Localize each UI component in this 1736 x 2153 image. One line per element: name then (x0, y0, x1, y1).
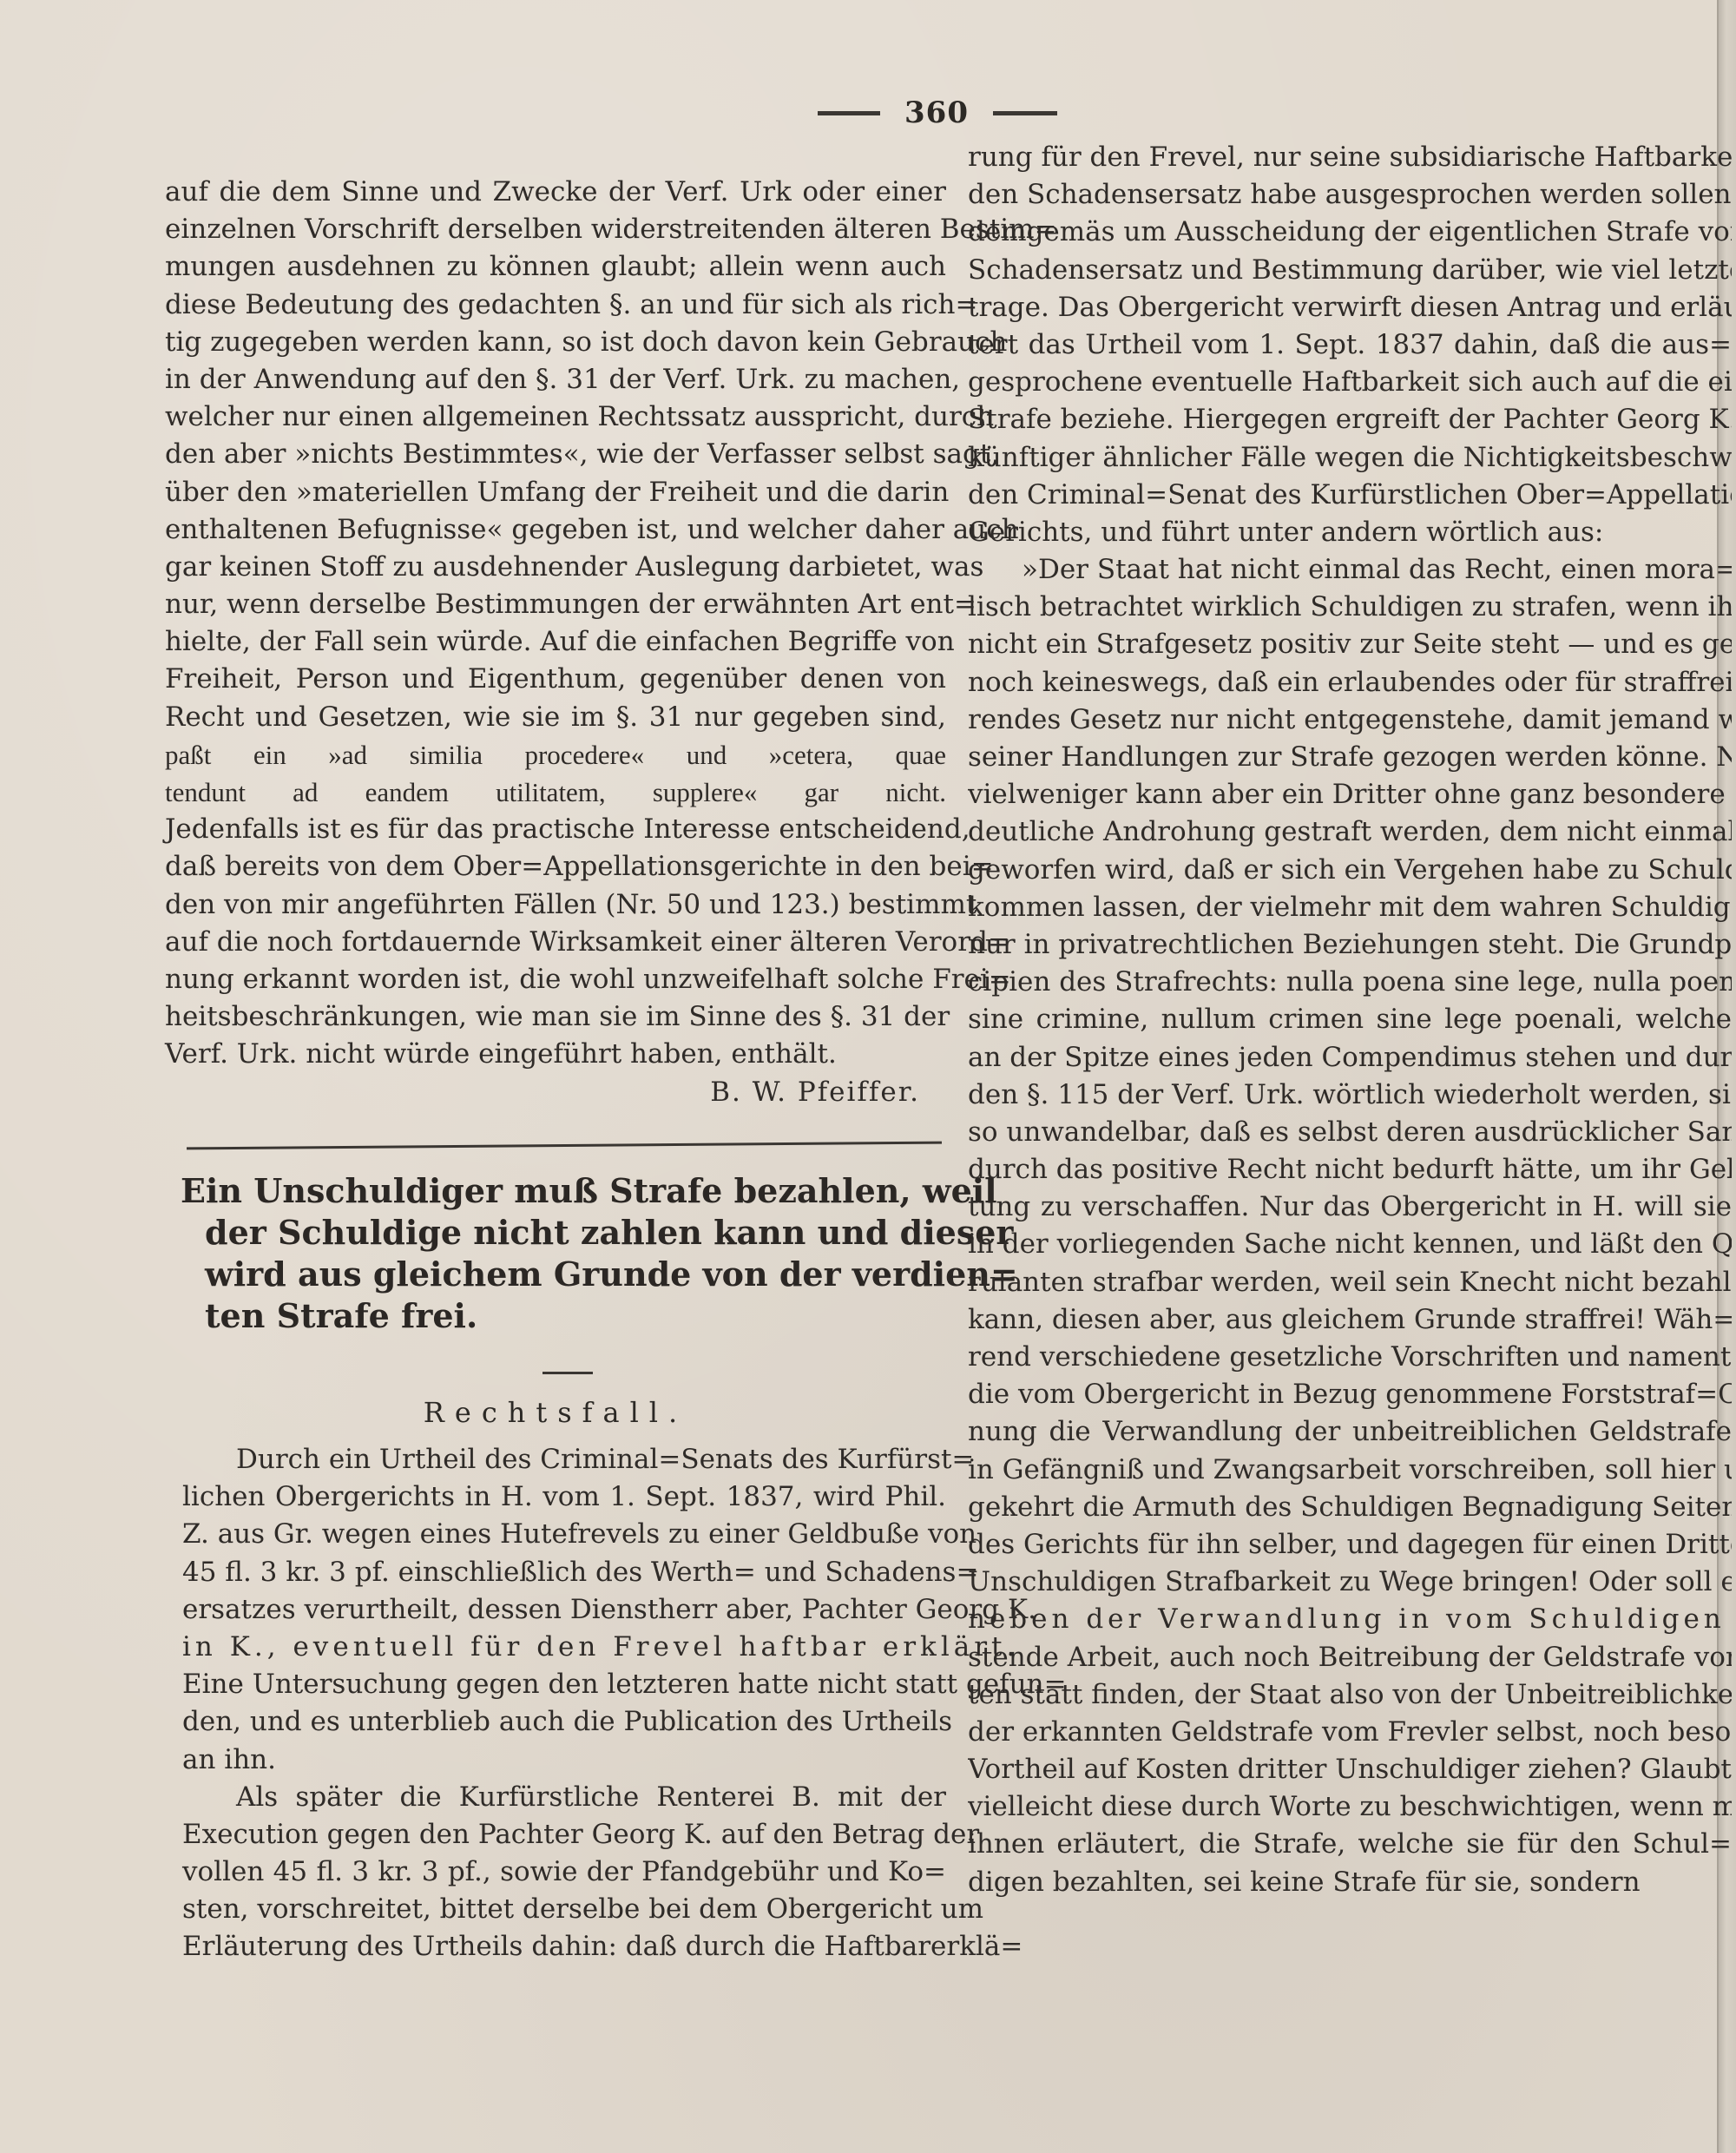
text-line: an der Spitze eines jeden Compendimus st… (968, 1039, 1732, 1076)
text-line: Durch ein Urtheil des Criminal=Senats de… (182, 1441, 946, 1478)
text-line: digen bezahlten, sei keine Strafe für si… (968, 1864, 1732, 1901)
text-line: so unwandelbar, daß es selbst deren ausd… (968, 1114, 1732, 1151)
text-line: Schadensersatz und Bestimmung darüber, w… (968, 252, 1732, 289)
text-line: in der Anwendung auf den §. 31 der Verf.… (165, 361, 946, 398)
scanned-page: 360 auf die dem Sinne und Zwecke der Ver… (0, 0, 1736, 2153)
title-separator-rule (542, 1372, 593, 1374)
text-line: Erläuterung des Urtheils dahin: daß durc… (182, 1928, 946, 1965)
text-line: Unschuldigen Strafbarkeit zu Wege bringe… (968, 1564, 1732, 1601)
text-line: auf die dem Sinne und Zwecke der Verf. U… (165, 174, 946, 211)
text-line: Gerichts, und führt unter andern wörtlic… (968, 514, 1732, 551)
text-line: künftiger ähnlicher Fälle wegen die Nich… (968, 439, 1732, 477)
text-line: nung die Verwandlung der unbeitreibliche… (968, 1413, 1732, 1451)
article-title: Ein Unschuldiger muß Strafe bezahlen, we… (181, 1170, 962, 1337)
text-line: ten statt finden, der Staat also von der… (968, 1676, 1732, 1714)
text-line: heitsbeschränkungen, wie man sie im Sinn… (165, 998, 946, 1036)
text-line: nur, wenn derselbe Bestimmungen der erwä… (165, 586, 946, 623)
text-line: sten, vorschreitet, bittet derselbe bei … (182, 1891, 946, 1928)
text-line: Freiheit, Person und Eigenthum, gegenübe… (165, 661, 946, 698)
text-line: diese Bedeutung des gedachten §. an und … (165, 286, 946, 324)
text-line: tig zugegeben werden kann, so ist doch d… (165, 324, 946, 361)
text-line: des Gerichts für ihn selber, und dagegen… (968, 1526, 1732, 1564)
author-signature: B. W. Pfeiffer. (165, 1074, 946, 1111)
text-line: in der vorliegenden Sache nicht kennen, … (968, 1226, 1732, 1263)
text-line: neben der Verwandlung in vom Schuldigen … (968, 1601, 1732, 1638)
text-line: vielleicht diese durch Worte zu beschwic… (968, 1788, 1732, 1826)
text-line: die vom Obergericht in Bezug genommene F… (968, 1376, 1732, 1413)
text-line: rendes Gesetz nur nicht entgegenstehe, d… (968, 701, 1732, 739)
text-line: daß bereits von dem Ober=Appellationsger… (165, 848, 946, 886)
right-column-case-text: rung für den Frevel, nur seine subsidiar… (968, 139, 1732, 1901)
text-line: gekehrt die Armuth des Schuldigen Begnad… (968, 1489, 1732, 1526)
text-line: Eine Untersuchung gegen den letzteren ha… (182, 1666, 946, 1703)
text-line: noch keineswegs, daß ein erlaubendes ode… (968, 664, 1732, 701)
text-line: Recht und Gesetzen, wie sie im §. 31 nur… (165, 699, 946, 736)
text-line: Verf. Urk. nicht würde eingeführt haben,… (165, 1036, 946, 1073)
text-line: den Schadensersatz habe ausgesprochen we… (968, 176, 1732, 214)
header-rule-right (993, 111, 1057, 115)
text-line-latin: tendunt ad eandem utilitatem, supplere« … (165, 774, 946, 811)
text-line: kann, diesen aber, aus gleichem Grunde s… (968, 1301, 1732, 1339)
title-line: ten Strafe frei. (181, 1295, 962, 1337)
text-line: gar keinen Stoff zu ausdehnender Auslegu… (165, 549, 946, 586)
page-number: 360 (904, 95, 969, 130)
text-line: Vortheil auf Kosten dritter Unschuldiger… (968, 1751, 1732, 1788)
text-line: Execution gegen den Pachter Georg K. auf… (182, 1816, 946, 1853)
text-line: vollen 45 fl. 3 kr. 3 pf., sowie der Pfa… (182, 1853, 946, 1891)
text-line: den Criminal=Senat des Kurfürstlichen Ob… (968, 477, 1732, 514)
text-line: einzelnen Vorschrift derselben widerstre… (165, 211, 946, 248)
page-header: 360 (807, 94, 1068, 132)
text-line: stende Arbeit, auch noch Beitreibung der… (968, 1639, 1732, 1676)
text-line: tert das Urtheil vom 1. Sept. 1837 dahin… (968, 326, 1732, 364)
text-line: nicht ein Strafgesetz positiv zur Seite … (968, 626, 1732, 663)
text-line: hielte, der Fall sein würde. Auf die ein… (165, 623, 946, 661)
article-divider-rule (187, 1142, 942, 1150)
text-line: rung für den Frevel, nur seine subsidiar… (968, 139, 1732, 176)
title-line: der Schuldige nicht zahlen kann und dies… (181, 1212, 962, 1254)
text-line: enthaltenen Befugnisse« gegeben ist, und… (165, 511, 946, 549)
text-line: der erkannten Geldstrafe vom Frevler sel… (968, 1714, 1732, 1751)
text-line: den von mir angeführten Fällen (Nr. 50 u… (165, 886, 946, 924)
text-line: demgemäs um Ausscheidung der eigentliche… (968, 214, 1732, 251)
text-line: in K., eventuell für den Frevel haftbar … (182, 1629, 946, 1666)
text-line: in Gefängniß und Zwangsarbeit vorschreib… (968, 1452, 1732, 1489)
text-line: über den »materiellen Umfang der Freihei… (165, 474, 946, 511)
title-line: Ein Unschuldiger muß Strafe bezahlen, we… (181, 1170, 962, 1212)
text-line: den aber »nichts Bestimmtes«, wie der Ve… (165, 436, 946, 473)
text-line: durch das positive Recht nicht bedurft h… (968, 1151, 1732, 1188)
left-column-previous-article: auf die dem Sinne und Zwecke der Verf. U… (165, 174, 946, 1111)
text-line: ersatzes verurtheilt, dessen Dienstherr … (182, 1591, 946, 1629)
text-line: gesprochene eventuelle Haftbarkeit sich … (968, 364, 1732, 401)
header-rule-left (818, 111, 880, 115)
left-column-case-text: Durch ein Urtheil des Criminal=Senats de… (182, 1441, 946, 1966)
text-line: Als später die Kurfürstliche Renterei B.… (182, 1779, 946, 1816)
text-line-latin: paßt ein »ad similia procedere« und »cet… (165, 736, 946, 774)
text-line: rulanten strafbar werden, weil sein Knec… (968, 1264, 1732, 1301)
text-line: mungen ausdehnen zu können glaubt; allei… (165, 248, 946, 286)
text-line: nur in privatrechtlichen Beziehungen ste… (968, 926, 1732, 964)
text-line: Strafe beziehe. Hiergegen ergreift der P… (968, 401, 1732, 438)
text-line: cipien des Strafrechts: nulla poena sine… (968, 964, 1732, 1001)
text-line: seiner Handlungen zur Strafe gezogen wer… (968, 739, 1732, 776)
text-line: nung erkannt worden ist, die wohl unzwei… (165, 961, 946, 998)
title-line: wird aus gleichem Grunde von der verdien… (181, 1254, 962, 1295)
text-line: an ihn. (182, 1741, 946, 1779)
text-line: kommen lassen, der vielmehr mit dem wahr… (968, 889, 1732, 926)
text-line: tung zu verschaffen. Nur das Obergericht… (968, 1188, 1732, 1226)
text-line: lisch betrachtet wirklich Schuldigen zu … (968, 589, 1732, 626)
quote-start-line: »Der Staat hat nicht einmal das Recht, e… (968, 551, 1732, 589)
text-line: sine crimine, nullum crimen sine lege po… (968, 1001, 1732, 1038)
text-line: geworfen wird, daß er sich ein Vergehen … (968, 852, 1732, 889)
text-line: ihnen erläutert, die Strafe, welche sie … (968, 1826, 1732, 1863)
text-line: vielweniger kann aber ein Dritter ohne g… (968, 776, 1732, 813)
text-line: den, und es unterblieb auch die Publicat… (182, 1703, 946, 1741)
text-line: rend verschiedene gesetzliche Vorschrift… (968, 1339, 1732, 1376)
text-line: Z. aus Gr. wegen eines Hutefrevels zu ei… (182, 1516, 946, 1553)
text-line: deutliche Androhung gestraft werden, dem… (968, 813, 1732, 851)
text-line: den §. 115 der Verf. Urk. wörtlich wiede… (968, 1076, 1732, 1114)
text-line: welcher nur einen allgemeinen Rechtssatz… (165, 398, 946, 436)
section-heading-rechtsfall: Rechtsfall. (165, 1396, 946, 1429)
text-line: Jedenfalls ist es für das practische Int… (165, 811, 946, 848)
text-line: 45 fl. 3 kr. 3 pf. einschließlich des We… (182, 1554, 946, 1591)
text-line: lichen Obergerichts in H. vom 1. Sept. 1… (182, 1478, 946, 1516)
text-line: auf die noch fortdauernde Wirksamkeit ei… (165, 924, 946, 961)
text-line: trage. Das Obergericht verwirft diesen A… (968, 289, 1732, 326)
